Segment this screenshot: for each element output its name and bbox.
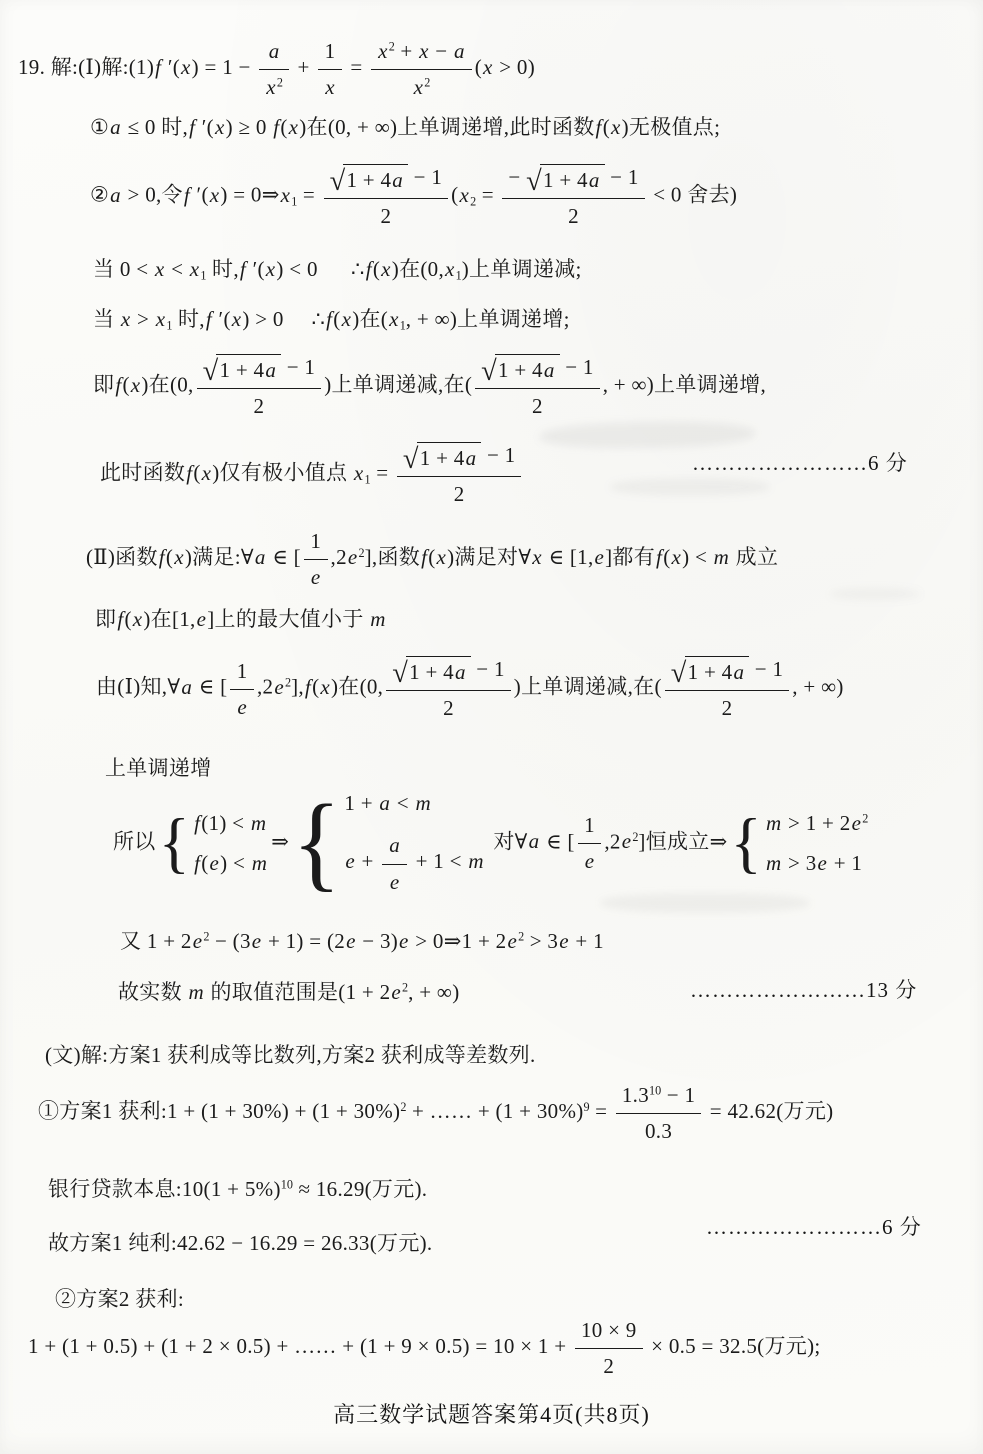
superscript: 2: [285, 675, 291, 689]
math-variable: e: [236, 695, 248, 719]
subscript: 1: [400, 319, 406, 333]
math-variable: e: [196, 607, 208, 631]
superscript: 2: [277, 76, 283, 90]
math-variable: m: [765, 851, 782, 875]
superscript: 2: [424, 76, 430, 90]
math-variable: a: [465, 446, 478, 470]
subscript: 1: [365, 472, 371, 486]
math-variable: a: [180, 675, 193, 699]
math-variable: m: [187, 980, 204, 1004]
case-row: m > 1 + 2e2: [765, 810, 868, 837]
math-variable: x: [418, 39, 430, 63]
math-variable: x: [265, 75, 277, 99]
math-variable: x: [670, 545, 682, 569]
math-variable: e: [389, 870, 401, 894]
math-variable: f: [365, 257, 373, 281]
math-variable: e: [851, 811, 863, 835]
radical: √1 + 4a: [671, 656, 750, 686]
math-variable: m: [414, 791, 431, 815]
fraction: 1e: [230, 656, 254, 723]
math-variable: x: [180, 55, 192, 79]
math-variable: a: [588, 168, 601, 192]
math-variable: f: [116, 607, 124, 631]
subscript: 2: [470, 194, 476, 208]
left-brace: {: [731, 809, 763, 877]
superscript: 9: [584, 1100, 590, 1114]
math-variable: m: [713, 545, 730, 569]
case-row: f(e) < m: [193, 850, 268, 877]
math-variable: f: [193, 811, 201, 835]
fraction: √1 + 4a − 12: [665, 654, 790, 724]
interval-decreasing: 当 0 < x < x1 时,f ′(x) < 0 ∴f(x)在(0,x1)上单…: [93, 256, 582, 284]
derivative-computation: 19. 解:(Ⅰ)解:(1)f ′(x) = 1 − ax2 + 1x = x2…: [18, 36, 535, 103]
math-variable: m: [467, 849, 484, 873]
math-variable: a: [453, 39, 466, 63]
fraction: 1x: [318, 36, 342, 103]
math-variable: x: [324, 75, 336, 99]
case-a-nonpositive: ①a ≤ 0 时,f ′(x) ≥ 0 f(x)在(0, + ∞)上单调递增,此…: [90, 114, 720, 141]
math-variable: f: [158, 545, 166, 569]
math-variable: a: [454, 660, 467, 684]
math-variable: x: [444, 257, 456, 281]
math-variable: a: [543, 358, 556, 382]
math-variable: f: [420, 545, 428, 569]
scanned-answer-page: 19. 解:(Ⅰ)解:(1)f ′(x) = 1 − ax2 + 1x = x2…: [0, 0, 983, 1454]
math-variable: m: [251, 851, 268, 875]
superscript: 10: [281, 1178, 293, 1192]
case-row: 1 + a < m: [344, 790, 484, 817]
plan2-profit-calculation: 1 + (1 + 0.5) + (1 + 2 × 0.5) + …… + (1 …: [28, 1315, 821, 1382]
bank-loan-interest: 银行贷款本息:10(1 + 5%)10 ≈ 16.29(万元).: [48, 1176, 427, 1203]
math-variable: x: [388, 307, 400, 331]
case-a-positive-roots: ②a > 0,令f ′(x) = 0⇒x1 = √1 + 4a − 12(x2 …: [90, 162, 737, 232]
math-variable: x: [189, 257, 201, 281]
superscript: 2: [862, 811, 868, 825]
math-variable: a: [268, 39, 281, 63]
math-variable: f: [595, 115, 603, 139]
score-mark-13: ……………………13 分: [690, 977, 917, 1004]
score-mark-6: ……………………6 分: [692, 450, 908, 477]
math-variable: f: [193, 851, 201, 875]
subscript: 1: [166, 319, 172, 333]
part2-condition: (Ⅱ)函数f(x)满足:∀a ∈ [1e,2e2],函数f(x)满足对∀x ∈ …: [86, 526, 778, 593]
fraction: 1.310 − 10.3: [616, 1080, 701, 1147]
math-variable: a: [109, 115, 122, 139]
radical: √1 + 4a: [330, 164, 409, 194]
math-variable: x: [201, 461, 213, 485]
math-variable: f: [325, 307, 333, 331]
fraction: 10 × 92: [575, 1315, 643, 1382]
radical: √1 + 4a: [481, 354, 560, 384]
brace-group: {m > 1 + 2e2m > 3e + 1: [731, 810, 869, 878]
scan-bleed-artifact: [610, 478, 770, 496]
page-footer: 高三数学试题答案第4页(共8页): [0, 1398, 983, 1429]
radical: √1 + 4a: [526, 164, 605, 194]
case-row: e + ae + 1 < m: [344, 830, 484, 897]
math-variable: e: [584, 849, 596, 873]
math-variable: x: [209, 183, 221, 207]
math-variable: e: [621, 829, 633, 853]
math-variable: x: [265, 257, 277, 281]
math-variable: x: [319, 675, 331, 699]
plan1-profit: ①方案1 获利:1 + (1 + 30%) + (1 + 30%)2 + …… …: [38, 1080, 833, 1147]
superscript: 2: [389, 40, 395, 54]
superscript: 2: [632, 830, 638, 844]
math-variable: f: [239, 257, 247, 281]
case-row: f(1) < m: [193, 810, 268, 837]
math-variable: x: [154, 257, 166, 281]
math-variable: e: [345, 929, 357, 953]
math-variable: a: [254, 545, 267, 569]
math-variable: f: [154, 55, 162, 79]
scan-bleed-artifact: [600, 893, 810, 913]
max-value-statement: 即f(x)在[1,e]上的最大值小于 m: [95, 606, 387, 633]
math-variable: a: [388, 833, 401, 857]
math-variable: a: [391, 168, 404, 192]
math-variable: f: [188, 115, 196, 139]
math-variable: e: [558, 929, 570, 953]
math-variable: x: [214, 115, 226, 139]
superscript: 2: [402, 981, 408, 995]
math-variable: x: [610, 115, 622, 139]
math-variable: e: [594, 545, 606, 569]
math-variable: a: [528, 829, 541, 853]
math-variable: x: [231, 307, 243, 331]
math-variable: x: [413, 75, 425, 99]
fraction: ax2: [259, 36, 289, 103]
superscript: 2: [359, 546, 365, 560]
superscript: 10: [649, 1084, 661, 1098]
math-variable: f: [185, 461, 193, 485]
math-variable: x: [120, 307, 132, 331]
math-variable: x: [458, 183, 470, 207]
fraction: x2 + x − ax2: [371, 36, 472, 103]
brace-group: {f(1) < mf(e) < m: [159, 810, 269, 878]
math-variable: m: [369, 607, 386, 631]
fraction: − √1 + 4a − 12: [502, 162, 644, 232]
math-variable: f: [114, 373, 122, 397]
math-variable: e: [398, 929, 410, 953]
math-variable: f: [183, 183, 191, 207]
math-variable: f: [272, 115, 280, 139]
brace-group: {1 + a < me + ae + 1 < m: [292, 790, 485, 897]
radical: √1 + 4a: [203, 354, 282, 384]
math-variable: x: [288, 115, 300, 139]
fraction: 1e: [578, 810, 602, 877]
math-variable: x: [341, 307, 353, 331]
math-variable: e: [344, 849, 356, 873]
math-variable: a: [378, 791, 391, 815]
math-variable: x: [173, 545, 185, 569]
subscript: 1: [200, 269, 206, 283]
radical: √1 + 4a: [392, 656, 471, 686]
system-implication: 所以{f(1) < mf(e) < m⇒{1 + a < me + ae + 1…: [113, 790, 871, 897]
math-variable: x: [132, 607, 144, 631]
math-variable: x: [377, 39, 389, 63]
scan-bleed-artifact: [830, 588, 920, 600]
left-brace: {: [159, 809, 191, 877]
math-variable: f: [655, 545, 663, 569]
plan2-profit-label: ②方案2 获利:: [55, 1286, 184, 1313]
math-variable: x: [280, 183, 292, 207]
math-variable: e: [192, 929, 204, 953]
math-variable: x: [130, 373, 142, 397]
subscript: 1: [456, 269, 462, 283]
math-variable: e: [209, 851, 221, 875]
monotonic-continued: 上单调递增: [105, 755, 212, 782]
radical: √1 + 4a: [403, 442, 482, 472]
math-variable: e: [390, 980, 402, 1004]
fraction: ae: [382, 830, 407, 897]
fraction: √1 + 4a − 12: [197, 352, 322, 422]
math-variable: x: [380, 257, 392, 281]
math-variable: f: [205, 307, 213, 331]
subscript: 1: [291, 194, 297, 208]
monotonicity-summary: 即f(x)在(0,√1 + 4a − 12)上单调递减,在(√1 + 4a − …: [93, 352, 766, 422]
fraction: 1e: [304, 526, 328, 593]
math-variable: m: [765, 811, 782, 835]
superscript: 2: [518, 930, 524, 944]
math-variable: e: [273, 675, 285, 699]
math-variable: a: [264, 358, 277, 382]
math-variable: x: [353, 461, 365, 485]
math-variable: m: [250, 811, 267, 835]
math-variable: x: [155, 307, 167, 331]
superscript: 2: [203, 930, 209, 944]
inequality-comparison: 又 1 + 2e2 − (3e + 1) = (2e − 3)e > 0⇒1 +…: [120, 928, 604, 955]
literal-solution-intro: (文)解:方案1 获利成等比数列,方案2 获利成等差数列.: [45, 1042, 536, 1069]
interval-increasing: 当 x > x1 时,f ′(x) > 0 ∴f(x)在(x1, + ∞)上单调…: [93, 306, 570, 334]
math-variable: e: [817, 851, 829, 875]
math-variable: x: [436, 545, 448, 569]
math-variable: x: [482, 55, 494, 79]
math-variable: e: [347, 545, 359, 569]
m-range-conclusion: 故实数 m 的取值范围是(1 + 2e2, + ∞): [118, 979, 460, 1006]
math-variable: e: [506, 929, 518, 953]
fraction: √1 + 4a − 12: [397, 440, 522, 510]
plan1-net-profit: 故方案1 纯利:42.62 − 16.29 = 26.33(万元).: [48, 1230, 432, 1257]
fraction: √1 + 4a − 12: [386, 654, 511, 724]
superscript: 2: [400, 1100, 406, 1114]
fraction: √1 + 4a − 12: [324, 162, 449, 232]
case-row: m > 3e + 1: [765, 850, 868, 877]
math-variable: f: [304, 675, 312, 699]
math-variable: e: [310, 565, 322, 589]
math-variable: e: [251, 929, 263, 953]
math-variable: x: [531, 545, 543, 569]
monotonic-from-part1: 由(Ⅰ)知,∀a ∈ [1e,2e2],f(x)在(0,√1 + 4a − 12…: [96, 654, 844, 724]
minimum-point-conclusion: 此时函数f(x)仅有极小值点 x1 = √1 + 4a − 12: [100, 440, 524, 510]
left-brace: {: [292, 790, 341, 897]
fraction: √1 + 4a − 12: [475, 352, 600, 422]
score-mark-6b: ……………………6 分: [706, 1214, 922, 1241]
math-variable: a: [732, 660, 745, 684]
math-variable: a: [109, 183, 122, 207]
scan-bleed-artifact: [540, 420, 755, 450]
